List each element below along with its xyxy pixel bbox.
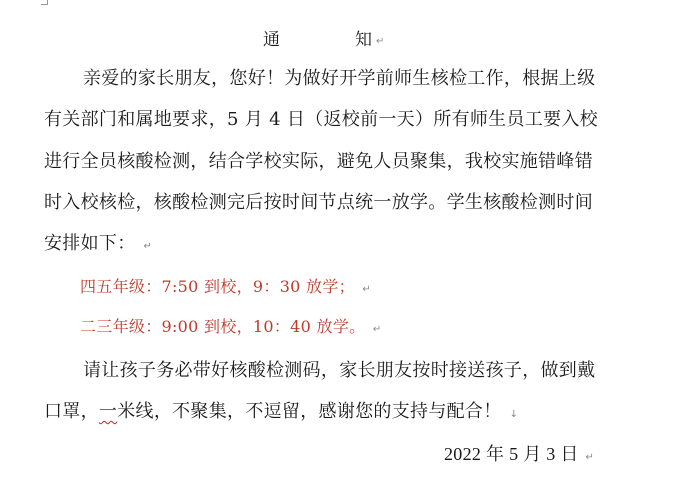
schedule-grade-2-3: 二三年级：9:00 到校，10：40 放学。 ↵	[80, 316, 382, 341]
schedule-text: 四五年级：7:50 到校，9：30 放学；	[80, 277, 355, 296]
paragraph-mark-icon: ↵	[376, 31, 385, 53]
body-line-1: 亲爱的家长朋友，您好！为做好开学前师生核检工作，根据上级	[83, 68, 595, 90]
paragraph-mark-icon: ↵	[373, 324, 382, 335]
closing-line-1: 请让孩子务必带好核酸检测码，家长朋友按时接送孩子，做到戴	[83, 360, 595, 382]
body-line-4: 时入校核检，核酸检测完后按时间节点统一放学。学生核酸检测时间	[44, 192, 593, 214]
date-text: 2022 年 5 月 3 日	[444, 444, 579, 464]
body-line-text: 亲爱的家长朋友，您好！为做好开学前师生核检工作，根据上级	[83, 68, 595, 89]
paragraph-mark-icon: ↵	[362, 284, 371, 295]
body-line-text: 有关部门和属地要求，5 月 4 日（返校前一天）所有师生员工要入校	[44, 109, 598, 130]
schedule-grade-4-5: 四五年级：7:50 到校，9：30 放学； ↵	[80, 276, 371, 301]
document-date: 2022 年 5 月 3 日 ↵	[444, 443, 594, 469]
paragraph-mark-icon: ↵	[586, 452, 595, 463]
closing-text-rest: 米线，不聚集，不逗留，感谢您的支持与配合！	[117, 401, 501, 422]
body-line-text: 时入校核检，核酸检测完后按时间节点统一放学。学生核酸检测时间	[44, 192, 593, 213]
closing-text-prefix: 口罩，	[44, 401, 99, 422]
closing-line-2: 口罩，一米线，不聚集，不逗留，感谢您的支持与配合！ ↓	[44, 401, 518, 426]
title-char-1: 通	[263, 29, 280, 51]
body-line-text: 进行全员核酸检测，结合学校实际，避免人员聚集，我校实施错峰错	[44, 151, 593, 172]
closing-text: 请让孩子务必带好核酸检测码，家长朋友按时接送孩子，做到戴	[83, 360, 595, 381]
body-line-3: 进行全员核酸检测，结合学校实际，避免人员聚集，我校实施错峰错	[44, 151, 593, 173]
page-corner-mark	[41, 0, 48, 5]
paragraph-mark-icon: ↵	[144, 241, 153, 252]
body-line-text: 安排如下：	[44, 233, 136, 254]
title-char-2: 知	[355, 29, 372, 51]
body-line-5: 安排如下： ↵	[44, 233, 152, 258]
line-break-icon: ↓	[510, 409, 519, 420]
body-line-2: 有关部门和属地要求，5 月 4 日（返校前一天）所有师生员工要入校	[44, 109, 598, 131]
schedule-text: 二三年级：9:00 到校，10：40 放学。	[80, 317, 365, 336]
spellcheck-flagged-word[interactable]: 一	[99, 401, 117, 422]
